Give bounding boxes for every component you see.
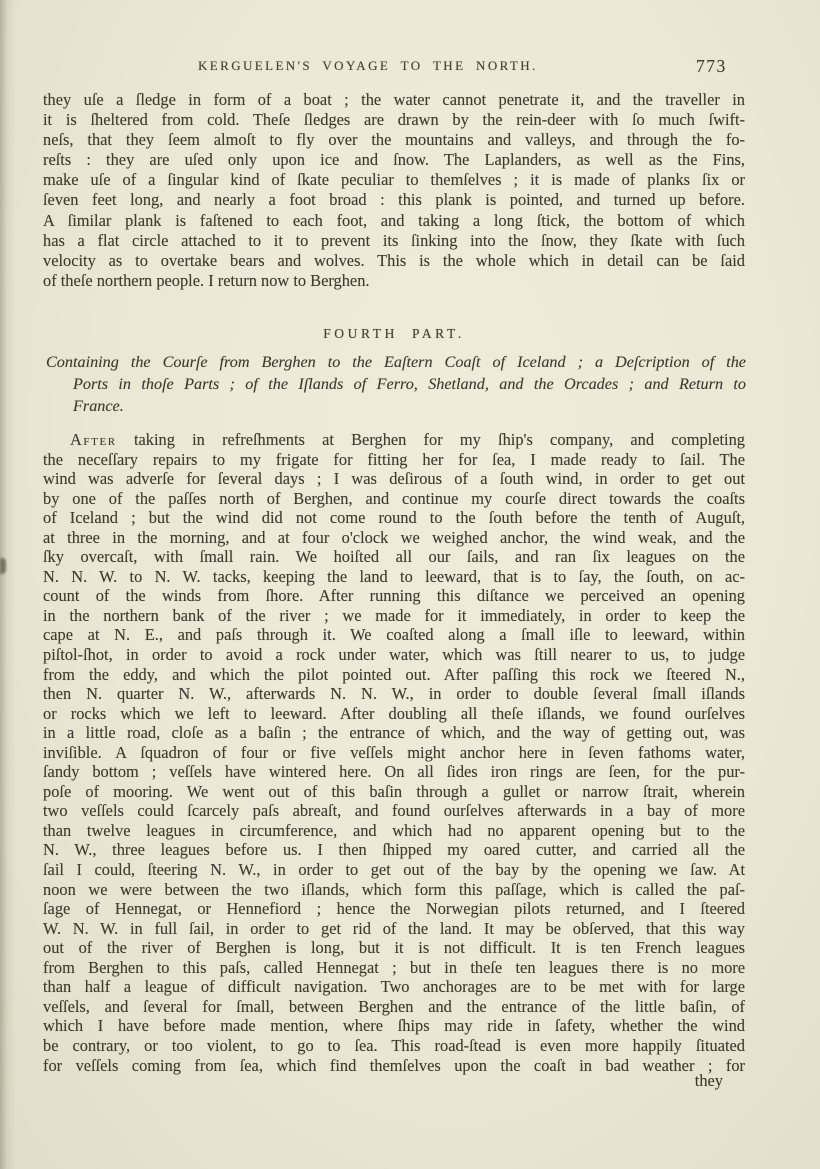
text-line: poſe of mooring. We went out of this baſ… [43, 782, 745, 802]
text-line: then N. quarter N. W., afterwards N. N. … [43, 684, 745, 704]
text-line: two veſſels could ſcarcely paſs abreaſt,… [43, 801, 745, 821]
text-line: count of the winds from ſhore. After run… [43, 586, 745, 606]
paragraph-sledges-and-skates: they uſe a ſledge in form of a boat ; th… [43, 90, 745, 291]
text-line: W. N. W. in full ſail, in order to get r… [43, 919, 745, 939]
text-line: in a little road, cloſe as a baſin ; the… [43, 723, 745, 743]
text-line: ſage of Hennegat, or Hennefiord ; hence … [43, 899, 745, 919]
text-line: has a flat circle attached to it to prev… [43, 231, 745, 251]
text-line: inviſible. A ſquadron of four or five ve… [43, 743, 745, 763]
text-line: from Berghen to this paſs, called Henneg… [43, 958, 745, 978]
text-line: Ports in thoſe Parts ; of the Iſlands of… [73, 374, 746, 396]
paragraph-departure-from-berghen: After taking in refreſhments at Berghen … [43, 430, 745, 1075]
page-edge-mark [0, 558, 6, 574]
text-line: reſts : they are uſed only upon ice and … [43, 150, 745, 170]
text-line: out of the river of Berghen is long, but… [43, 938, 745, 958]
text-line: France. [73, 396, 746, 418]
text-line: make uſe of a ſingular kind of ſkate pec… [43, 170, 745, 190]
text-line: the neceſſary repairs to my frigate for … [43, 450, 745, 470]
text-line: ſandy bottom ; veſſels have wintered her… [43, 762, 745, 782]
catchword: they [43, 1071, 723, 1091]
small-caps-lead-word: After [70, 430, 117, 449]
text-line: noon we were between the two iſlands, wh… [43, 880, 745, 900]
text-line: than twelve leagues in circumference, an… [43, 821, 745, 841]
part-heading: FOURTH PART. [43, 326, 745, 342]
text-line: ſky overcaſt, with ſmall rain. We hoiſte… [43, 547, 745, 567]
text-line: N. W., three leagues before us. I then ſ… [43, 840, 745, 860]
text-line: piſtol-ſhot, in order to avoid a rock un… [43, 645, 745, 665]
book-page: KERGUELEN'S VOYAGE TO THE NORTH. 773 the… [0, 0, 820, 1169]
text-line: than half a league of difficult navigati… [43, 977, 745, 997]
text-line: ſail I could, ſteering N. W., in order t… [43, 860, 745, 880]
text-line: veſſels, and ſeveral for ſmall, between … [43, 997, 745, 1017]
text-line: After taking in refreſhments at Berghen … [70, 430, 745, 450]
text-line: of Iceland ; but the wind did not come r… [43, 508, 745, 528]
text-line: be contrary, or too violent, to go to ſe… [43, 1036, 745, 1056]
page-number: 773 [696, 56, 727, 77]
text-line: velocity as to overtake bears and wolves… [43, 251, 745, 271]
text-line: neſs, that they ſeem almoſt to fly over … [43, 130, 745, 150]
text-line: wind was adverſe for ſeveral days ; I wa… [43, 469, 745, 489]
part-summary-argument: Containing the Courſe from Berghen to th… [46, 352, 746, 417]
text-line: from the eddy, and which the pilot point… [43, 665, 745, 685]
text-line: of theſe northern people. I return now t… [43, 271, 745, 291]
text-line: in the northern bank of the river ; we m… [43, 606, 745, 626]
running-header: KERGUELEN'S VOYAGE TO THE NORTH. [198, 58, 482, 74]
text-line: which I have before made mention, where … [43, 1016, 745, 1036]
text-line: at three in the morning, and at four o'c… [43, 528, 745, 548]
text-line: N. N. W. to N. W. tacks, keeping the lan… [43, 567, 745, 587]
text-line: A ſimilar plank is faſtened to each foot… [43, 211, 745, 231]
text-line: by one of the paſſes north of Berghen, a… [43, 489, 745, 509]
text-line: Containing the Courſe from Berghen to th… [46, 352, 746, 374]
text-line: or rocks which we left to leeward. After… [43, 704, 745, 724]
text-line: they uſe a ſledge in form of a boat ; th… [43, 90, 745, 110]
text-line: ſeven feet long, and nearly a foot broad… [43, 190, 745, 210]
text-line: cape at N. E., and paſs through it. We c… [43, 625, 745, 645]
text-line: it is ſheltered from cold. Theſe ſledges… [43, 110, 745, 130]
